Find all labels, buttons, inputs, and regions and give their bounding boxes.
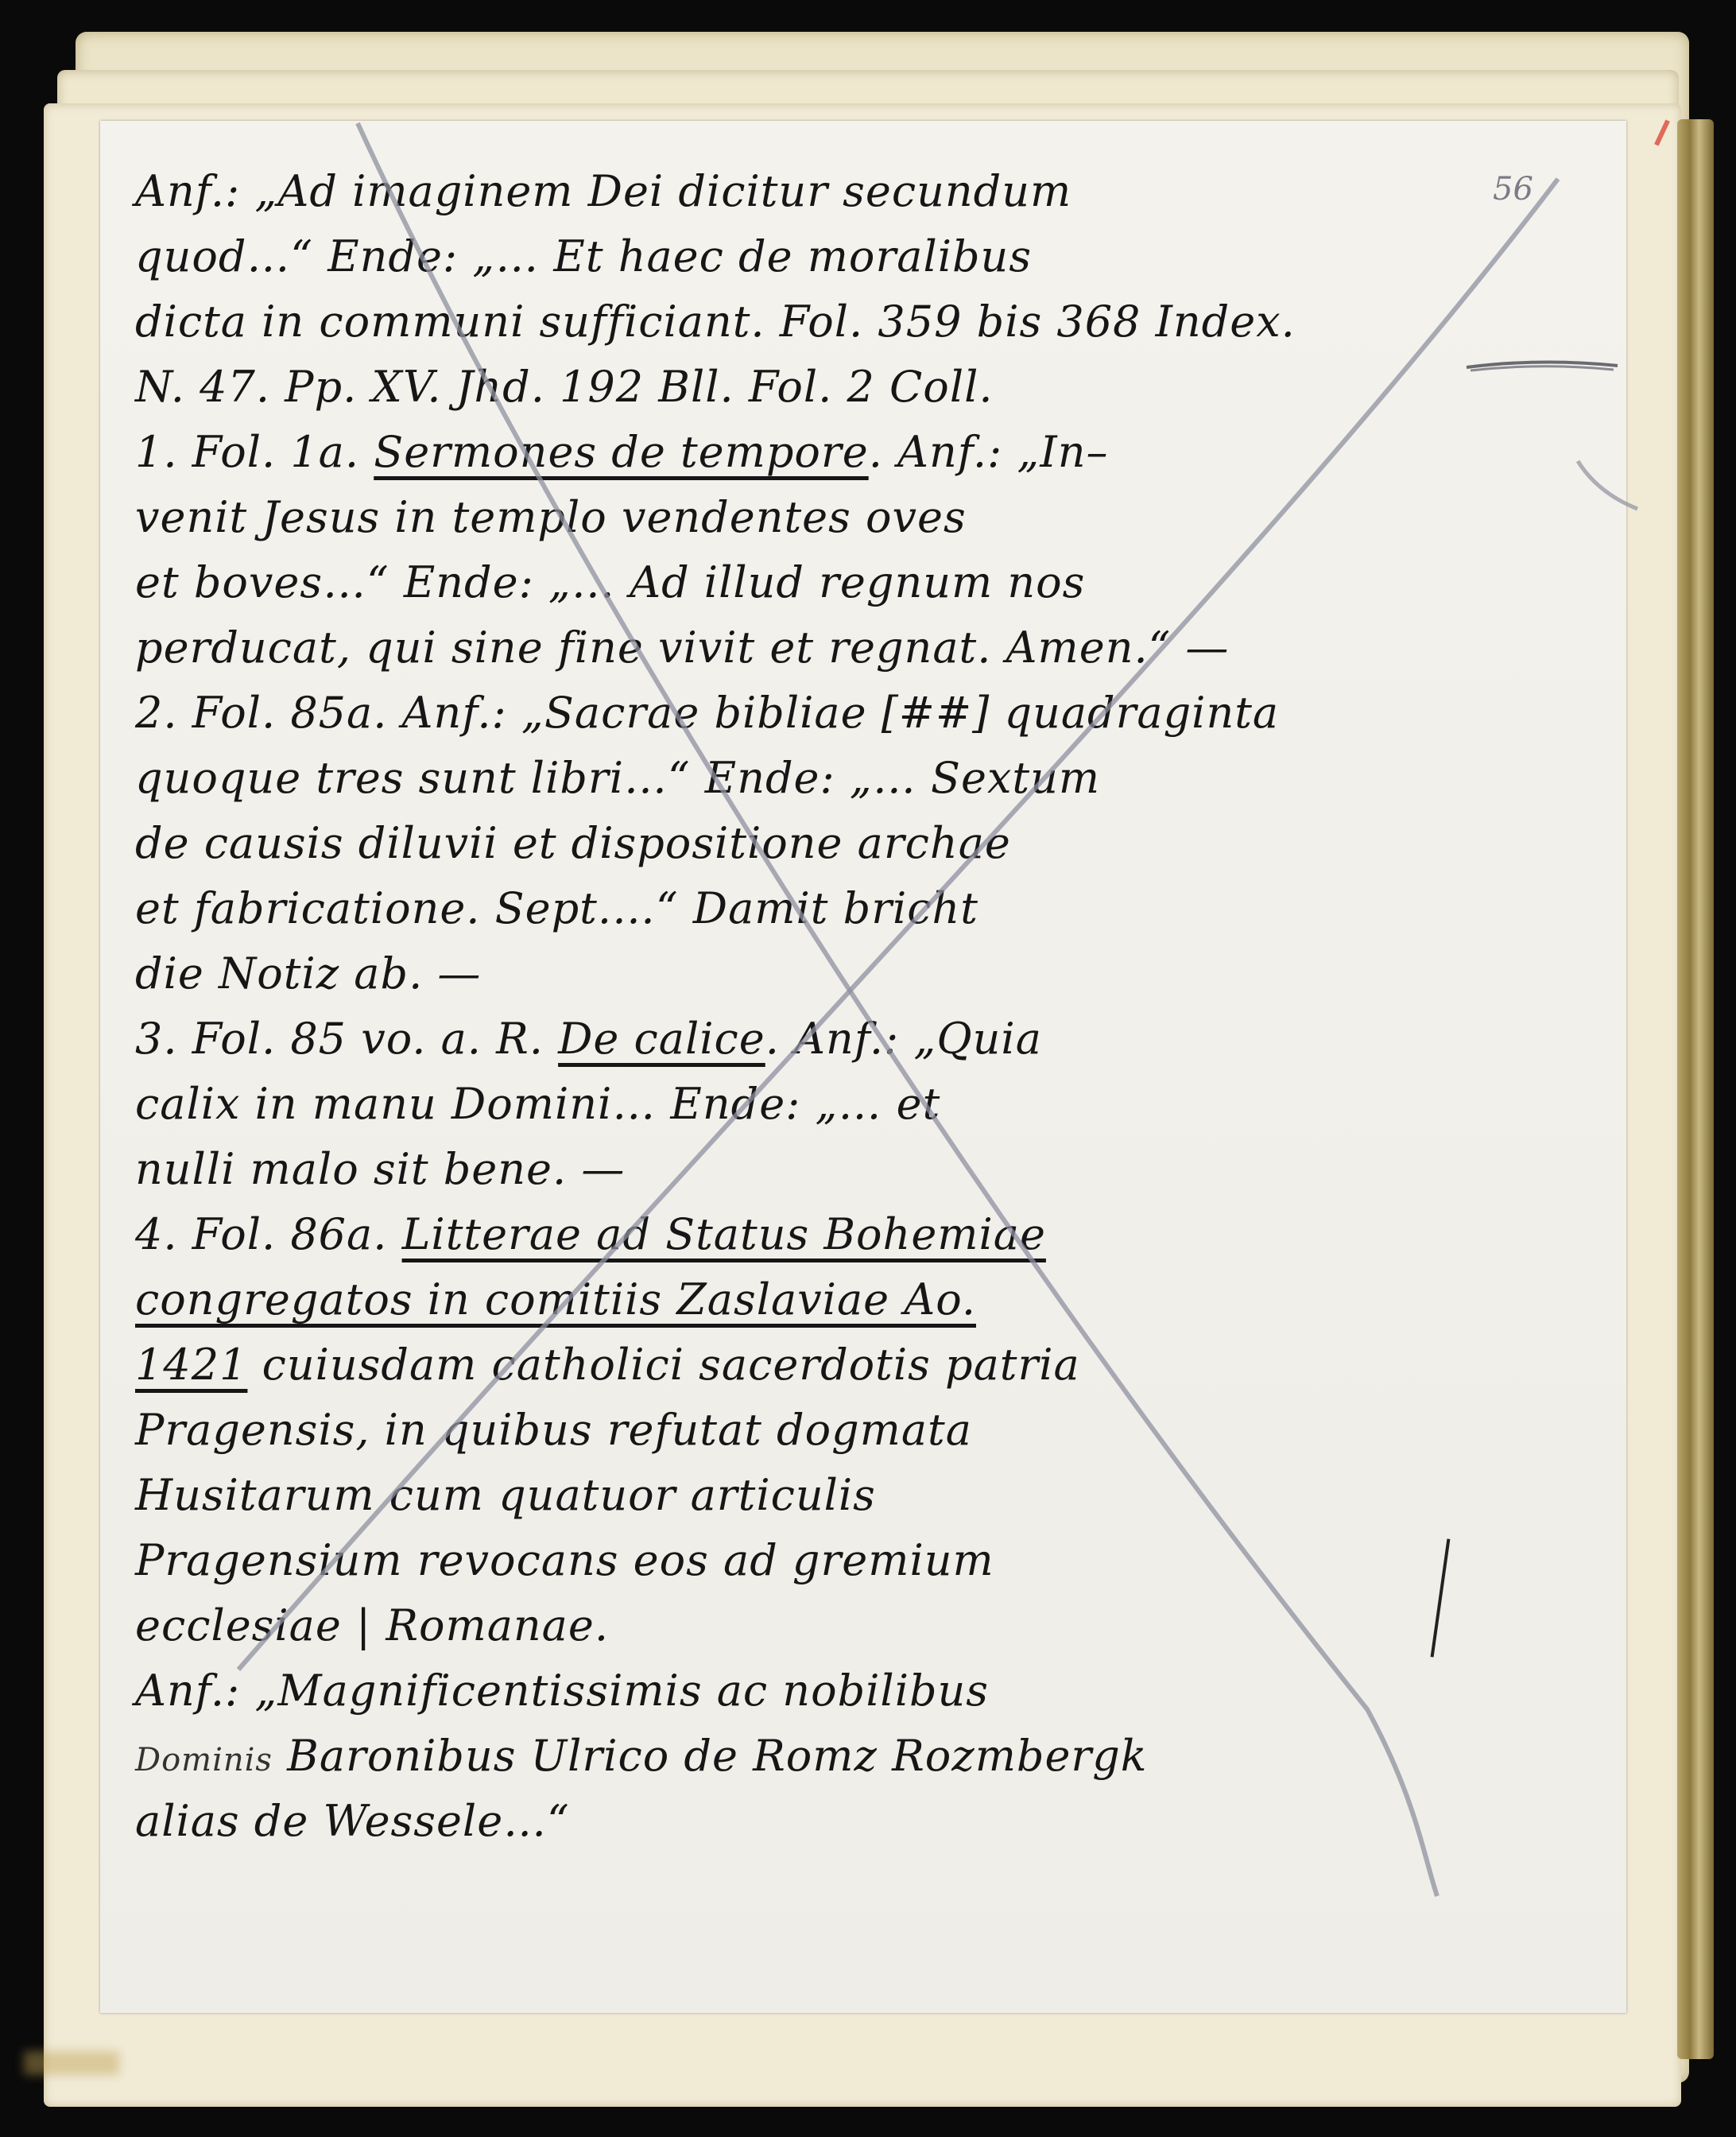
text-line: Anf.: „Magnificentissimis ac nobilibus bbox=[135, 1658, 1502, 1724]
line-text: Anf.: „Ad imaginem Dei dicitur secundum bbox=[135, 166, 1071, 216]
text-line: quoque tres sunt libri…“ Ende: „… Sextum bbox=[135, 746, 1502, 811]
line-text: quoque tres sunt libri…“ Ende: „… Sextum bbox=[135, 753, 1100, 803]
text-line: congregatos in comitiis Zaslaviae Ao. bbox=[135, 1267, 1502, 1332]
line-text: de causis diluvii et dispositione archae bbox=[135, 818, 1011, 868]
line-text: Baronibus Ulrico de Romz Rozmbergk bbox=[273, 1731, 1148, 1781]
entry-4-heading: 4. Fol. 86a. Litterae ad Status Bohemiae bbox=[135, 1202, 1502, 1267]
underlined-year: 1421 bbox=[135, 1340, 247, 1390]
text-line: venit Jesus in templo vendentes oves bbox=[135, 485, 1502, 550]
line-text: Anf.: „Magnificentissimis ac nobilibus bbox=[135, 1666, 989, 1716]
text-line: alias de Wessele…“ bbox=[135, 1789, 1502, 1854]
line-text: die Notiz ab. — bbox=[135, 948, 481, 999]
line-text: dicta in communi sufficiant. Fol. 359 bi… bbox=[135, 297, 1296, 347]
line-text: perducat, qui sine fine vivit et regnat.… bbox=[135, 622, 1229, 673]
index-double-underline bbox=[1463, 356, 1622, 372]
text-line: et boves…“ Ende: „… Ad illud regnum nos bbox=[135, 550, 1502, 615]
underlined-title: Sermones de tempore bbox=[374, 427, 869, 477]
text-line: perducat, qui sine fine vivit et regnat.… bbox=[135, 615, 1502, 681]
underlined-title: Litterae ad Status Bohemiae bbox=[402, 1209, 1046, 1259]
line-text: . Anf.: „In– bbox=[869, 427, 1109, 477]
text-line: dicta in communi sufficiant. Fol. 359 bi… bbox=[135, 289, 1502, 355]
line-text: 4. Fol. 86a. bbox=[135, 1209, 402, 1259]
text-line: N. 47. Pp. XV. Jhd. 192 Bll. Fol. 2 Coll… bbox=[135, 355, 1502, 420]
line-text: Pragensis, in quibus refutat dogmata bbox=[135, 1405, 972, 1455]
line-text: Pragensium revocans eos ad gremium bbox=[135, 1535, 994, 1585]
line-text: cuiusdam catholici sacerdotis patria bbox=[247, 1340, 1079, 1390]
text-line: quod…“ Ende: „… Et haec de moralibus bbox=[135, 224, 1502, 289]
text-line: calix in manu Domini… Ende: „… et bbox=[135, 1072, 1502, 1137]
paper-stain bbox=[24, 2051, 119, 2075]
line-text: . Anf.: „Quia bbox=[765, 1014, 1042, 1064]
line-text: alias de Wessele…“ bbox=[135, 1796, 570, 1846]
text-line: Anf.: „Ad imaginem Dei dicitur secundum bbox=[135, 159, 1502, 224]
line-text: ecclesiae | Romanae. bbox=[135, 1600, 609, 1650]
line-text: 1. Fol. 1a. bbox=[135, 427, 374, 477]
text-line: die Notiz ab. — bbox=[135, 941, 1502, 1006]
book-fore-edge bbox=[1677, 119, 1714, 2059]
underlined-title: congregatos in comitiis Zaslaviae Ao. bbox=[135, 1274, 976, 1324]
line-text: Husitarum cum quatuor articulis bbox=[135, 1470, 876, 1520]
manuscript-text: Anf.: „Ad imaginem Dei dicitur secundum … bbox=[135, 159, 1502, 1854]
text-line: et fabricatione. Sept.…“ Damit bricht bbox=[135, 876, 1502, 941]
underlined-title: De calice bbox=[558, 1014, 765, 1064]
entry-1-heading: 1. Fol. 1a. Sermones de tempore. Anf.: „… bbox=[135, 420, 1502, 485]
line-text: 3. Fol. 85 vo. a. R. bbox=[135, 1014, 558, 1064]
line-text: et boves…“ Ende: „… Ad illud regnum nos bbox=[135, 557, 1085, 607]
line-text: calix in manu Domini… Ende: „… et bbox=[135, 1079, 940, 1129]
text-line: Pragensium revocans eos ad gremium bbox=[135, 1528, 1502, 1593]
text-line: Pragensis, in quibus refutat dogmata bbox=[135, 1398, 1502, 1463]
text-line: de causis diluvii et dispositione archae bbox=[135, 811, 1502, 876]
text-line: Husitarum cum quatuor articulis bbox=[135, 1463, 1502, 1528]
line-text: et fabricatione. Sept.…“ Damit bricht bbox=[135, 883, 978, 933]
text-line: 1421 cuiusdam catholici sacerdotis patri… bbox=[135, 1332, 1502, 1398]
line-text-small: Dominis bbox=[135, 1742, 273, 1778]
line-text: 2. Fol. 85a. Anf.: „Sacrae bibliae [##] … bbox=[135, 688, 1279, 738]
line-text: venit Jesus in templo vendentes oves bbox=[135, 492, 967, 542]
text-line: nulli malo sit bene. — bbox=[135, 1137, 1502, 1202]
line-text: N. 47. Pp. XV. Jhd. 192 Bll. Fol. 2 Coll… bbox=[135, 362, 994, 412]
entry-2-heading: 2. Fol. 85a. Anf.: „Sacrae bibliae [##] … bbox=[135, 681, 1502, 746]
line-text: nulli malo sit bene. — bbox=[135, 1144, 625, 1194]
text-line: Dominis Baronibus Ulrico de Romz Rozmber… bbox=[135, 1724, 1502, 1789]
line-text: quod…“ Ende: „… Et haec de moralibus bbox=[135, 231, 1032, 281]
entry-3-heading: 3. Fol. 85 vo. a. R. De calice. Anf.: „Q… bbox=[135, 1006, 1502, 1072]
text-line: ecclesiae | Romanae. bbox=[135, 1593, 1502, 1658]
